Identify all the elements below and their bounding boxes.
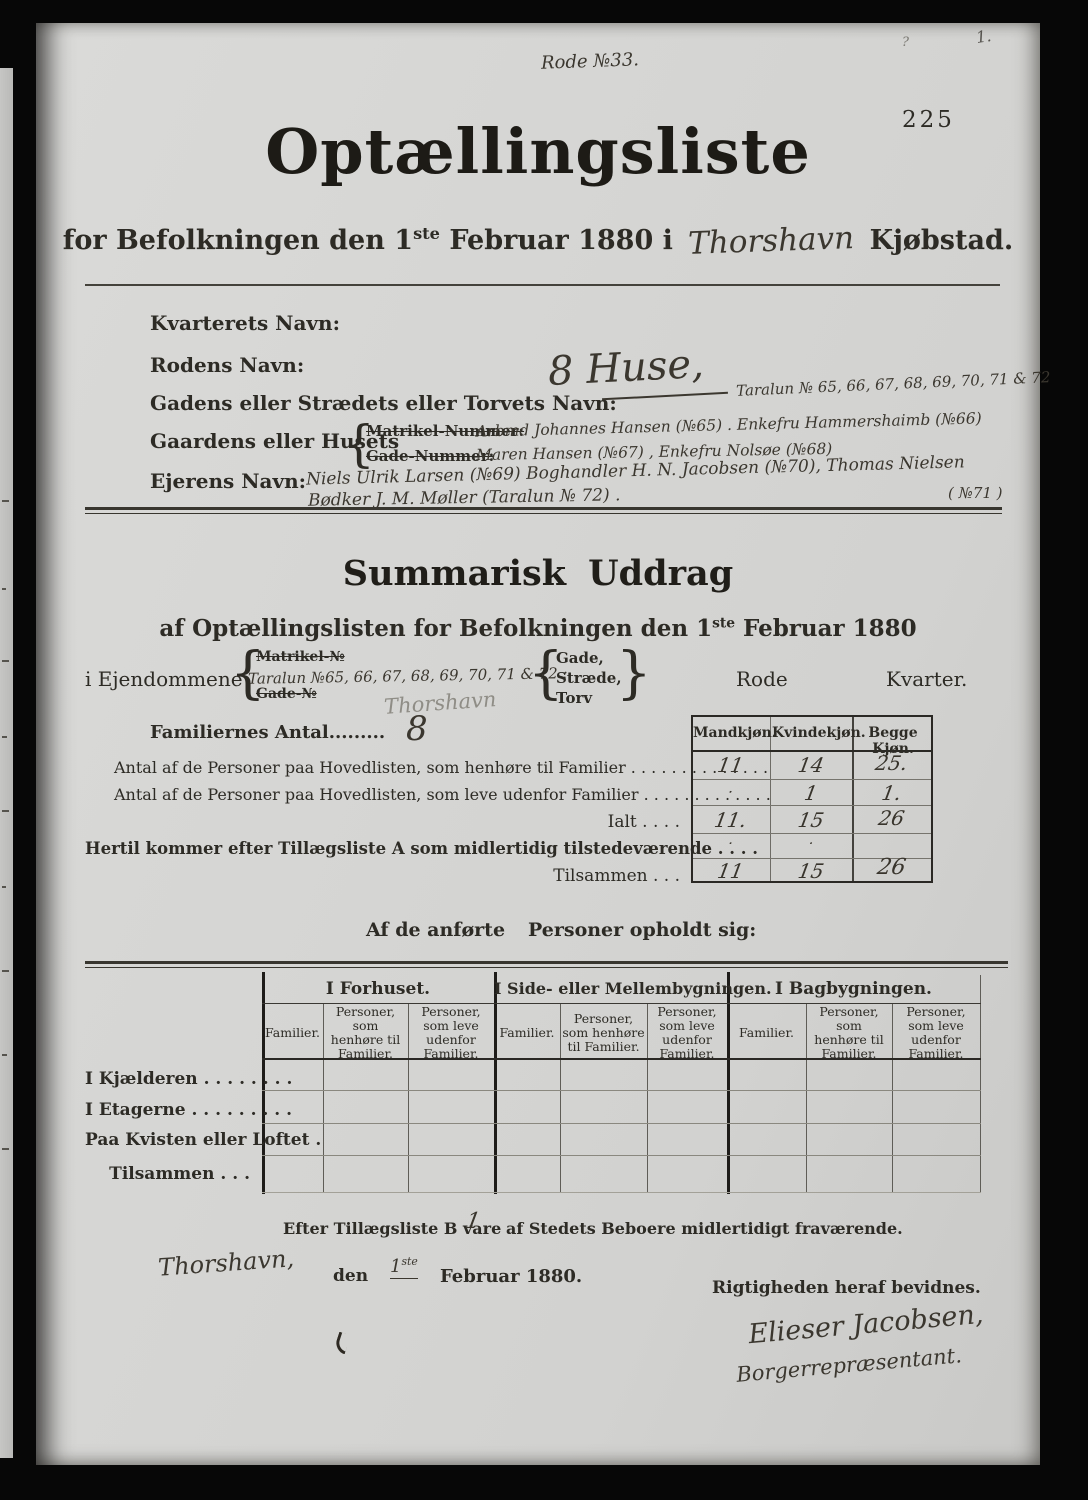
subcol-udenfor: Personer, som leve udenfor Familier.	[410, 1009, 492, 1057]
occupancy-table-group-divider	[494, 972, 497, 1194]
occupancy-table-subcolumn-line	[560, 1003, 561, 1193]
date-day-number: 1	[390, 1256, 401, 1277]
street-option-gade: Gade,	[556, 649, 604, 667]
female-column-header: Kvindekjøn.	[772, 725, 852, 741]
date-day-suffix: ste	[401, 1255, 417, 1268]
row-label-kvisten: Paa Kvisten eller Loftet .	[85, 1130, 321, 1150]
edge-mark	[2, 970, 9, 972]
occupancy-table-subcolumn-line	[806, 1003, 807, 1193]
kvarter-name-label: Kvarterets Navn:	[150, 311, 340, 335]
subtitle-text-post: Kjøbstad.	[870, 225, 1014, 256]
summary-subtitle-pre: af Optællingslisten for Befolkningen den…	[159, 615, 712, 642]
occupancy-table-subcolumn-line	[892, 1003, 893, 1193]
occupancy-table-right-edge	[980, 975, 981, 1193]
edge-mark	[2, 588, 6, 590]
edge-mark	[2, 1054, 7, 1056]
row-label-kjaelderen: I Kjælderen . . . . . . . .	[85, 1069, 292, 1089]
edge-mark	[2, 660, 9, 662]
value-outside-male: ·	[689, 783, 771, 801]
summary-subtitle: af Optællingslisten for Befolkningen den…	[36, 615, 1040, 642]
value-supplement-female: ·	[769, 836, 854, 852]
subcol-henhoere: Personer, som henhøre til Familier.	[325, 1009, 406, 1057]
form-subtitle: for Befolkningen den 1ste Februar 1880 i…	[36, 221, 1040, 257]
signature-handwritten: Elieser Jacobsen,	[747, 1299, 984, 1350]
place-pencil-handwritten: Thorshavn	[383, 687, 497, 719]
row-label-tilsammen: Tilsammen . . .	[85, 1164, 250, 1184]
date-den-label: den	[333, 1266, 368, 1286]
summary-title: Summarisk Uddrag	[36, 553, 1040, 594]
value-outside-both: 1.	[850, 781, 933, 805]
group-header-forhuset: I Forhuset.	[262, 979, 494, 999]
group-header-sidebygning: I Side- eller Mellembygningen.	[494, 979, 727, 998]
value-families-female: 14	[768, 753, 854, 777]
census-form-page: Rode №33. ? 1. 225 Optællingsliste for B…	[36, 23, 1040, 1465]
faint-squiggle-mark: ?	[902, 35, 909, 50]
families-count-handwritten: 8	[406, 709, 428, 749]
subtitle-superscript: ste	[413, 224, 440, 243]
grand-total-label: Tilsammen . . .	[436, 866, 680, 886]
value-grandtotal-female: 15	[768, 859, 854, 883]
rode-name-label: Rodens Navn:	[150, 353, 304, 377]
summary-row1-label: Antal af de Personer paa Hovedlisten, so…	[114, 758, 768, 777]
subcol-henhoere: Personer, som henhøre til Familier.	[808, 1009, 890, 1057]
occupancy-row-line	[262, 1090, 981, 1091]
occupancy-table-subcolumn-line	[647, 1003, 648, 1193]
subcol-udenfor: Personer, som leve udenfor Familier.	[649, 1009, 725, 1057]
form-title: Optællingsliste	[36, 115, 1040, 188]
edge-mark	[2, 810, 9, 812]
value-grandtotal-male: 11	[689, 859, 772, 883]
total-label: Ialt . . . .	[436, 812, 680, 832]
occupancy-table-subcolumn-line	[323, 1003, 324, 1193]
subtitle-text-pre: for Befolkningen den 1	[63, 225, 413, 256]
supplement-a-label: Hertil kommer efter Tillægsliste A som m…	[85, 839, 758, 858]
section-divider-double-rule	[85, 507, 1002, 514]
occupancy-table-subcolumn-line	[408, 1003, 409, 1193]
summary-subtitle-post: Februar 1880	[735, 615, 917, 642]
street-option-torv: Torv	[556, 689, 592, 707]
owner-value-line1b-handwritten: ( №71 )	[948, 484, 1003, 502]
rode-column-label: Rode	[736, 667, 788, 691]
property-label: i Ejendommene	[85, 667, 243, 691]
date-month-year: Februar 1880.	[440, 1266, 582, 1287]
edge-mark	[2, 500, 9, 502]
parcel-numbers-handwritten: Taralun №65, 66, 67, 68, 69, 70, 71 & 72…	[248, 664, 568, 688]
place-name-handwritten: Thorshavn	[688, 220, 855, 262]
occupancy-bottom-line	[262, 1192, 981, 1193]
gade-no-option: Gade-№	[256, 686, 317, 702]
gade-number-label: Gade-Nummer:	[366, 447, 494, 465]
occupancy-caption-left: Af de anførte	[366, 919, 505, 941]
row-label-etagerne: I Etagerne . . . . . . . . .	[85, 1100, 292, 1120]
header-divider-rule	[85, 284, 1000, 286]
value-grandtotal-both: 26	[850, 855, 933, 880]
value-families-male: 11	[689, 753, 772, 777]
occupancy-row-line	[262, 1155, 981, 1156]
street-value-handwritten-detail: Taralun № 65, 66, 67, 68, 69, 70, 71 & 7…	[736, 368, 1051, 400]
street-option-straede: Stræde,	[556, 669, 622, 687]
subcol-familier: Familier.	[496, 1009, 558, 1057]
male-column-header: Mandkjøn.	[693, 725, 770, 741]
value-total-male: 11.	[689, 808, 772, 832]
subtitle-text-mid: Februar 1880 i	[440, 225, 673, 256]
street-name-label: Gadens eller Strædets eller Torvets Navn…	[150, 391, 617, 415]
street-options-brace-right: }	[616, 641, 652, 706]
signature-role-handwritten: Borgerrepræsentant.	[735, 1343, 962, 1387]
summary-subtitle-sup: ste	[712, 615, 735, 631]
handwriting-underline-flourish	[602, 392, 728, 401]
previous-page-edge	[0, 68, 13, 1458]
date-day-handwritten: 1ste	[390, 1255, 418, 1279]
street-value-handwritten-large: 8 Huse,	[547, 341, 705, 395]
value-total-both: 26	[850, 806, 933, 830]
subcol-familier: Familier.	[729, 1009, 804, 1057]
edge-mark	[2, 886, 6, 888]
subcol-henhoere: Personer, som henhøre til Familier.	[562, 1009, 645, 1057]
subcol-udenfor: Personer, som leve udenfor Familier.	[894, 1009, 978, 1057]
summary-table-row-line	[693, 779, 931, 780]
stray-ink-mark	[333, 1332, 351, 1355]
attestation-label: Rigtigheden heraf bevidnes.	[712, 1278, 981, 1298]
kvarter-column-label: Kvarter.	[886, 667, 967, 691]
owner-name-label: Ejerens Navn:	[150, 469, 306, 493]
value-families-both: 25.	[850, 751, 933, 775]
date-place-handwritten: Thorshavn,	[157, 1244, 295, 1281]
edge-mark	[2, 1148, 9, 1150]
group-header-bagbygning: I Bagbygningen.	[727, 979, 980, 999]
rode-number-annotation: Rode №33.	[541, 49, 640, 73]
value-supplement-male: ·	[690, 836, 772, 852]
families-count-label: Familiernes Antal.........	[150, 722, 385, 743]
subcol-familier: Familier.	[262, 1009, 323, 1057]
corner-mark: 1.	[975, 26, 993, 47]
matrikel-no-option: Matrikel-№	[256, 649, 345, 665]
supplement-b-post: af Stedets Beboere midlertidigt fraværen…	[506, 1219, 903, 1238]
occupancy-row-line	[262, 1123, 981, 1124]
occupancy-table-top-double-rule	[85, 961, 1008, 968]
scanned-document-photo: Rode №33. ? 1. 225 Optællingsliste for B…	[0, 0, 1088, 1500]
edge-mark	[2, 736, 7, 738]
occupancy-table-group-divider	[727, 972, 730, 1194]
summary-table-row-line	[693, 833, 931, 834]
value-total-female: 15	[768, 808, 854, 832]
occupancy-caption-right: Personer opholdt sig:	[528, 919, 756, 941]
summary-row2-label: Antal af de Personer paa Hovedlisten, so…	[114, 785, 771, 804]
value-outside-female: 1	[768, 781, 854, 805]
